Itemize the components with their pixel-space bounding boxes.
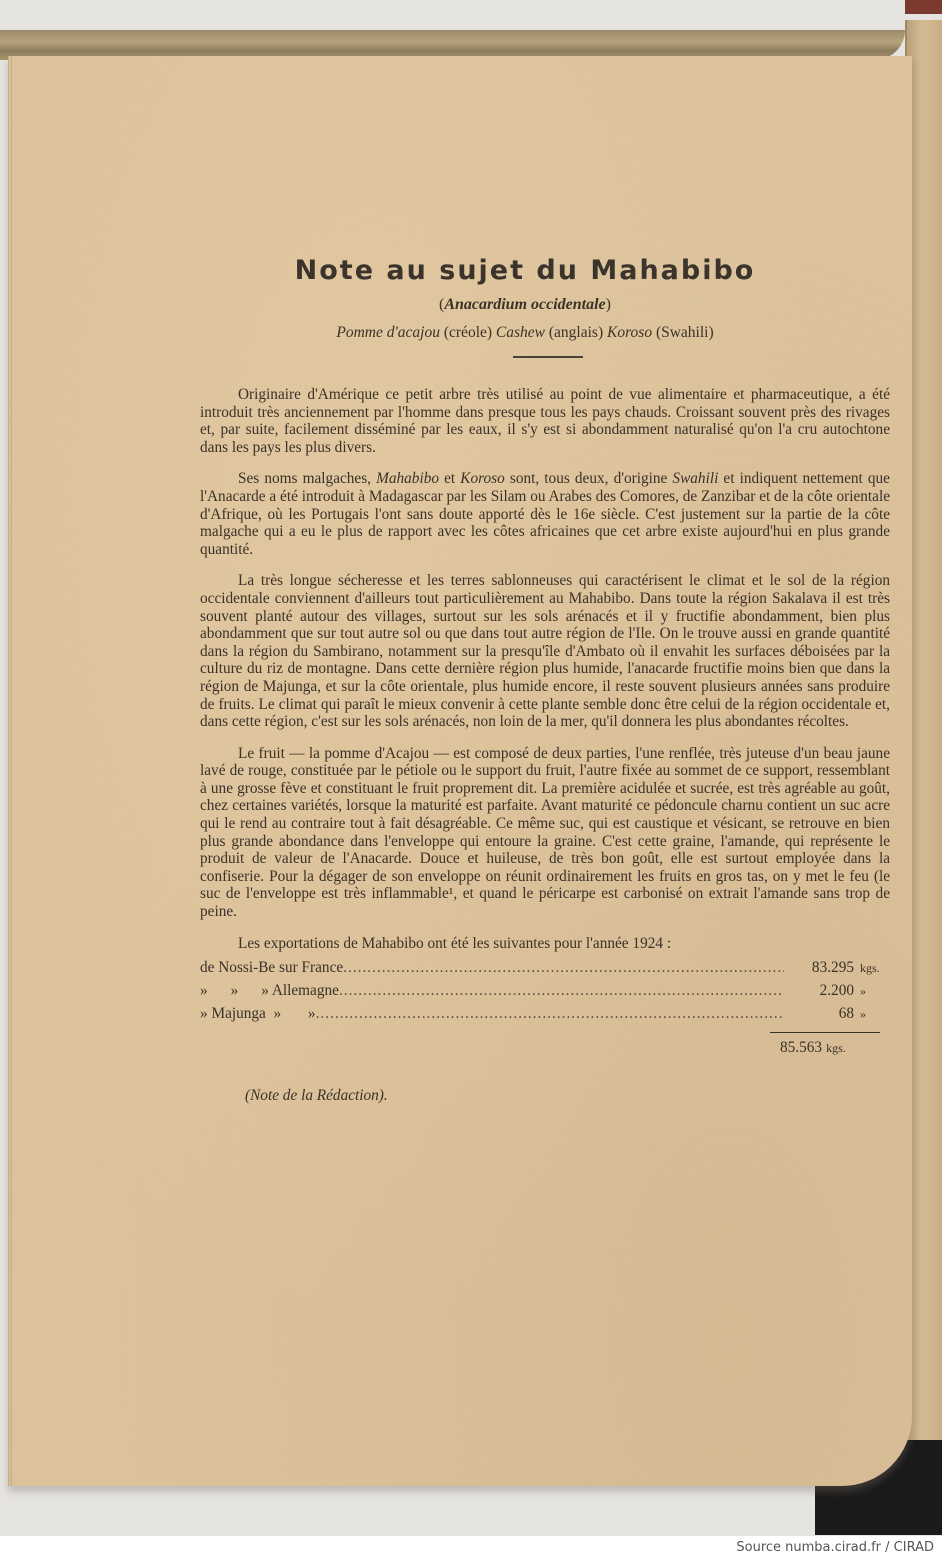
export-value: 68 bbox=[784, 1005, 854, 1023]
lang-creole: (créole) bbox=[444, 324, 492, 341]
total-divider bbox=[770, 1032, 880, 1033]
leader-dots: ........................................… bbox=[339, 982, 784, 1000]
export-total: 85.563kgs. bbox=[780, 1039, 890, 1057]
paragraph-fruit: Le fruit — la pomme d'Acajou — est compo… bbox=[200, 745, 890, 921]
export-label: » Majunga » » bbox=[200, 1005, 316, 1023]
paragraph-climate: La très longue sécheresse et les terres … bbox=[200, 572, 890, 730]
paragraph-origin: Originaire d'Amérique ce petit arbre trè… bbox=[200, 386, 890, 456]
name-english: Cashew bbox=[496, 324, 545, 341]
export-value: 83.295 bbox=[784, 959, 854, 977]
total-value: 85.563 bbox=[780, 1039, 822, 1056]
export-row: de Nossi-Be sur France .................… bbox=[200, 959, 890, 982]
article: Note au sujet du Mahabibo (Anacardium oc… bbox=[200, 255, 890, 1105]
export-row: » Majunga » » ..........................… bbox=[200, 1005, 890, 1028]
source-credit: Source numba.cirad.fr / CIRAD bbox=[736, 1540, 934, 1555]
term-koroso: Koroso bbox=[460, 470, 505, 487]
export-label: » » » Allemagne bbox=[200, 982, 339, 1000]
text-run: et bbox=[439, 470, 460, 487]
exports-intro: Les exportations de Mahabibo ont été les… bbox=[200, 935, 890, 953]
scientific-name-text: Anacardium occidentale bbox=[444, 296, 605, 313]
name-creole: Pomme d'acajou bbox=[336, 324, 440, 341]
export-label: de Nossi-Be sur France bbox=[200, 959, 343, 977]
title-divider bbox=[513, 356, 583, 358]
export-unit: » bbox=[854, 984, 890, 999]
export-row: » » » Allemagne ........................… bbox=[200, 982, 890, 1005]
editorial-note: (Note de la Rédaction). bbox=[245, 1087, 890, 1105]
export-value: 2.200 bbox=[784, 982, 854, 1000]
book-spine bbox=[905, 0, 942, 14]
term-mahabibo: Mahabibo bbox=[376, 470, 439, 487]
text-run: sont, tous deux, d'origine bbox=[505, 470, 673, 487]
export-unit: » bbox=[854, 1007, 890, 1022]
leader-dots: ........................................… bbox=[316, 1005, 784, 1023]
paragraph-names: Ses noms malgaches, Mahabibo et Koroso s… bbox=[200, 470, 890, 558]
lang-swahili: (Swahili) bbox=[656, 324, 714, 341]
common-names: Pomme d'acajou (créole) Cashew (anglais)… bbox=[200, 324, 850, 342]
leader-dots: ........................................… bbox=[343, 959, 784, 977]
total-unit: kgs. bbox=[822, 1041, 846, 1055]
export-unit: kgs. bbox=[854, 961, 890, 976]
scientific-name: (Anacardium occidentale) bbox=[200, 296, 850, 314]
paren-close: ) bbox=[606, 296, 611, 313]
term-swahili: Swahili bbox=[672, 470, 718, 487]
name-swahili: Koroso bbox=[607, 324, 652, 341]
lang-english: (anglais) bbox=[549, 324, 603, 341]
page-title: Note au sujet du Mahabibo bbox=[200, 255, 850, 286]
text-run: Ses noms malgaches, bbox=[238, 470, 376, 487]
